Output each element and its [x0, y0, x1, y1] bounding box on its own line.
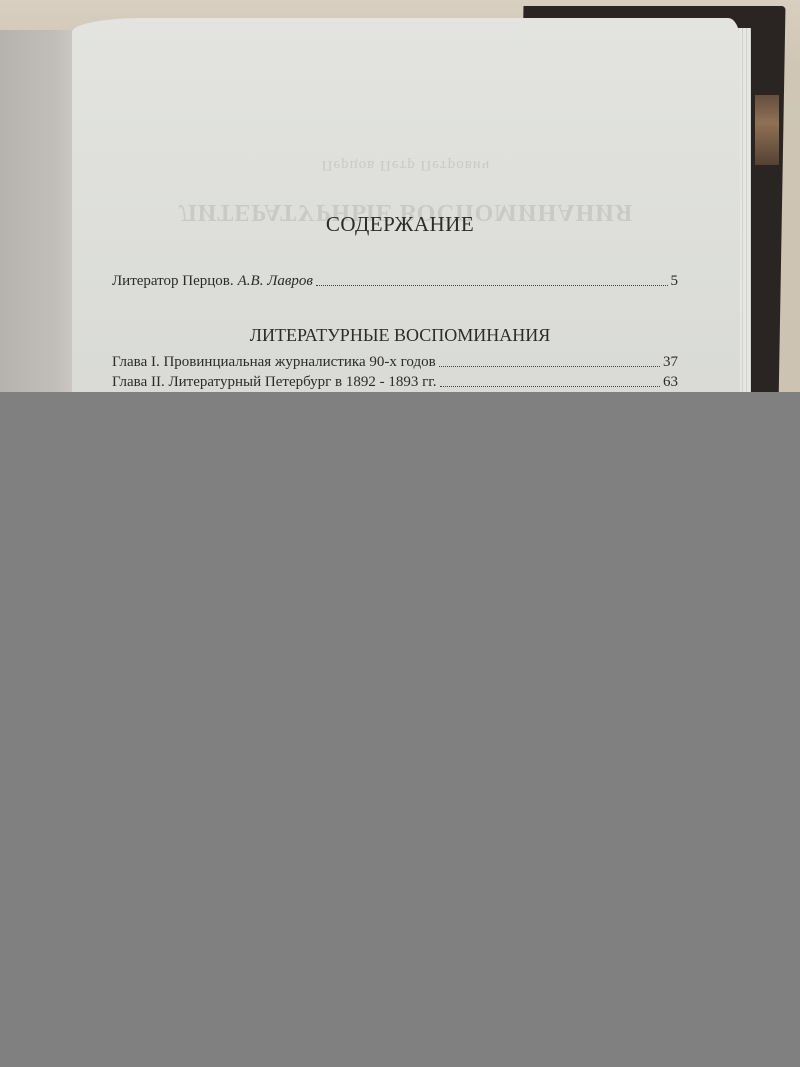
toc-entry: Глава II. Литературный Петербург в 1892 …	[112, 374, 678, 391]
dot-leader	[316, 285, 668, 286]
redaction-mask	[0, 392, 800, 1067]
dot-leader	[440, 386, 661, 387]
entry-page: 63	[663, 374, 678, 391]
section-heading: ЛИТЕРАТУРНЫЕ ВОСПОМИНАНИЯ	[0, 325, 800, 346]
toc-heading: СОДЕРЖАНИЕ	[0, 212, 800, 237]
entry-title: Литератор Перцов.	[112, 273, 234, 290]
entry-author: А.В. Лавров	[238, 273, 313, 290]
entry-page: 5	[671, 273, 679, 290]
cover-artwork	[755, 95, 779, 165]
bleed-through-author: Перцов Петр Петрович	[72, 156, 740, 173]
entry-title: Глава II. Литературный Петербург в 1892 …	[112, 374, 437, 391]
dot-leader	[439, 366, 660, 367]
entry-page: 37	[663, 354, 678, 371]
toc-entry: Глава I. Провинциальная журналистика 90-…	[112, 354, 678, 371]
entry-title: Глава I. Провинциальная журналистика 90-…	[112, 354, 436, 371]
toc-entry-intro: Литератор Перцов. А.В. Лавров 5	[112, 273, 678, 290]
